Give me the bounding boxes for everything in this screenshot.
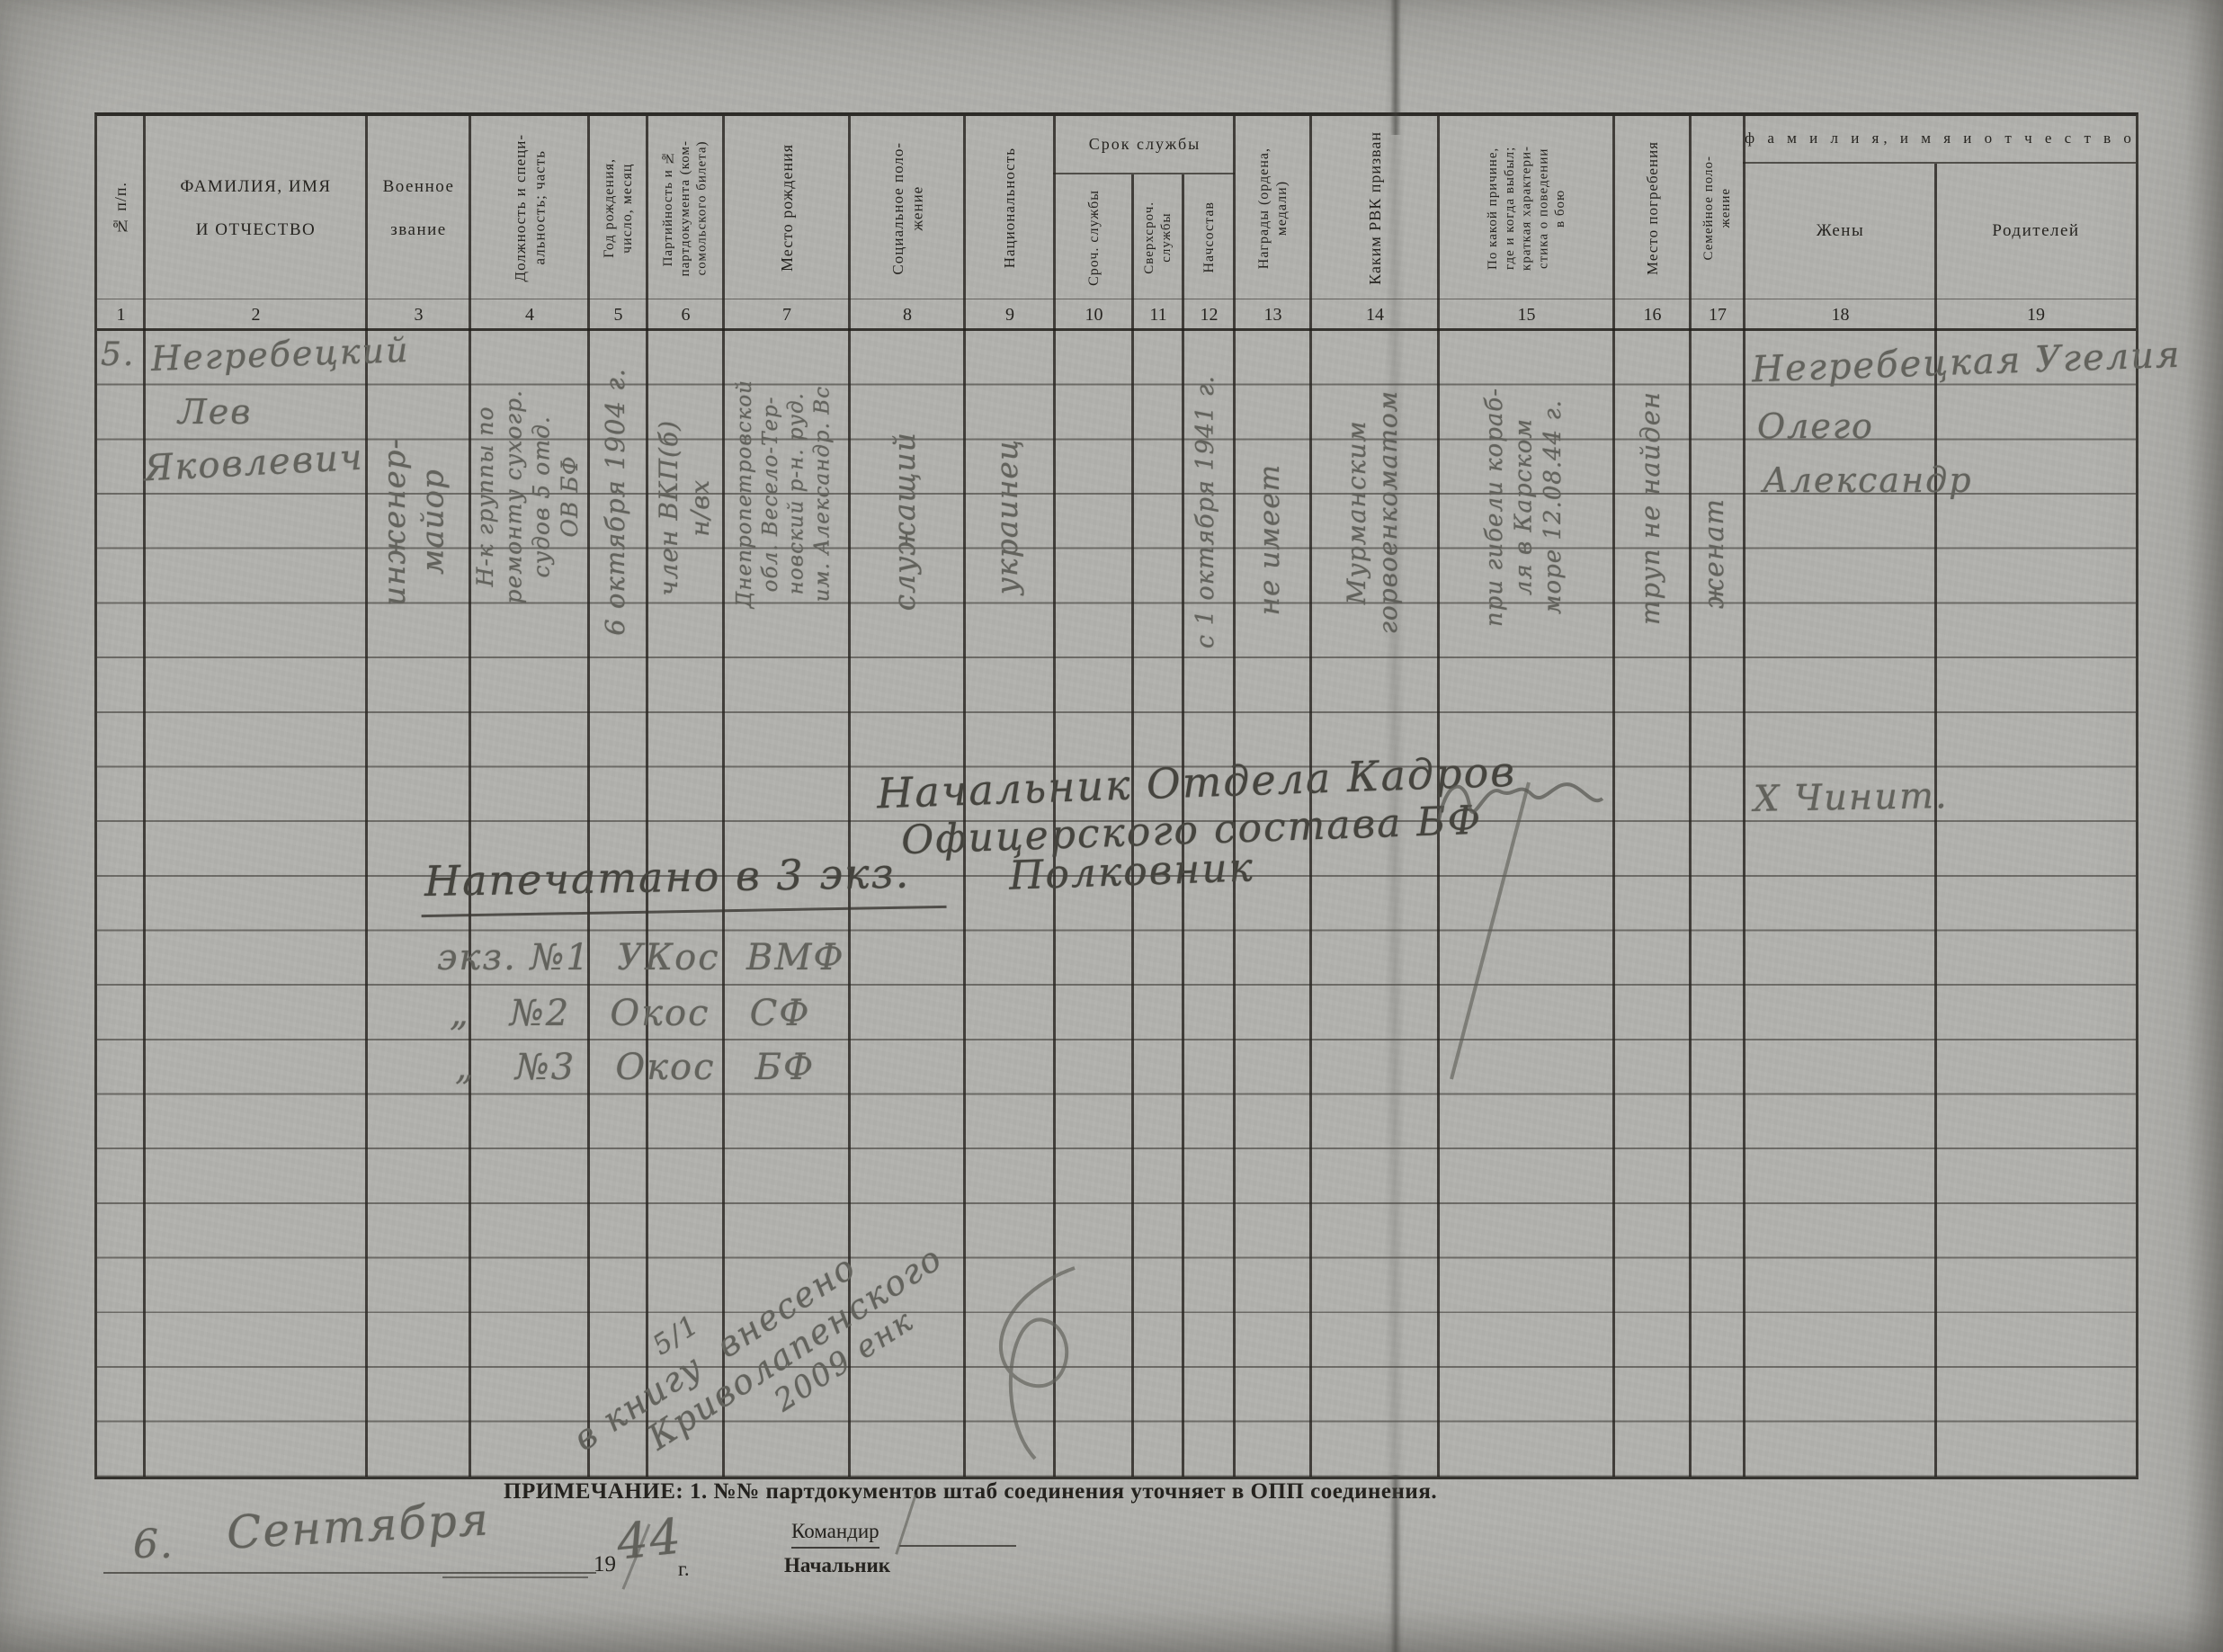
col-number-5: 5 xyxy=(589,300,647,330)
col-header-4: Должность и специ- альность; часть xyxy=(470,116,589,300)
col-number-10: 10 xyxy=(1055,300,1133,330)
scanned-register-page: № п/п. ФАМИЛИЯ, ИМЯ И ОТЧЕСТВО Военное з… xyxy=(0,0,2223,1652)
col-header-1: № п/п. xyxy=(97,116,145,300)
annotation-copies-title: Напечатано в 3 экз. xyxy=(420,848,946,917)
entry-nationality: украинец xyxy=(967,355,1048,679)
annotation-copy-3: „ №3 Окос БФ xyxy=(455,1047,815,1088)
entry-birthplace: Днепропетровской обл. Весело-Тер- новски… xyxy=(722,317,844,672)
col-number-19: 19 xyxy=(1936,300,2136,330)
footer-year-suffix: г. xyxy=(678,1558,690,1581)
entry-row-number: 5. xyxy=(101,336,135,373)
footer-chief-label: Начальник xyxy=(784,1554,890,1577)
entry-social-status: служащий xyxy=(853,355,956,688)
col-number-16: 16 xyxy=(1614,300,1691,330)
footer-note: ПРИМЕЧАНИЕ: 1. №№ партдокументов штаб со… xyxy=(504,1479,1437,1505)
col-header-17: Семейное поло- жение xyxy=(1691,116,1745,300)
group-header-fio: ф а м и л и я, и м я и о т ч е с т в о xyxy=(1745,116,2136,162)
col-number-2: 2 xyxy=(145,300,367,330)
col-header-11: Сверхсроч. службы xyxy=(1133,174,1183,300)
pencil-flourish-icon xyxy=(949,1259,1093,1466)
entry-awards: не имеет xyxy=(1234,387,1306,692)
signature-flourish-stroke-icon xyxy=(1439,775,1538,1085)
col-header-13: Награды (ордена, медали) xyxy=(1235,116,1311,300)
entry-relative-2: Олего xyxy=(1757,406,1874,446)
col-header-18: Жены xyxy=(1745,164,1936,299)
col-header-8: Социальное поло- жение xyxy=(850,116,965,300)
col-header-3: Военное звание xyxy=(367,116,470,300)
entry-rank: инженер- майор xyxy=(369,373,459,670)
col-header-10: Сроч. службы xyxy=(1055,174,1133,300)
scan-edge-bottom xyxy=(0,1610,2223,1652)
col-number-3: 3 xyxy=(367,300,470,330)
col-number-13: 13 xyxy=(1235,300,1311,330)
footer-date-month: Сентября xyxy=(226,1493,492,1558)
col-header-14: Каким РВК призван xyxy=(1311,116,1439,300)
footer-year-printed: 19 xyxy=(594,1552,616,1577)
col-header-5: Год рождения, число, месяц xyxy=(589,116,647,300)
annotation-copy-2: „ №2 Окос СФ xyxy=(450,993,810,1034)
col-number-1: 1 xyxy=(97,300,145,330)
col-header-15: По какой причине, где и когда выбыл; кра… xyxy=(1439,116,1614,300)
col-header-19: Родителей xyxy=(1936,164,2136,299)
footer-date-day: 6. xyxy=(133,1522,174,1567)
entry-casualty-cause: при гибели кораб- ля в Карском море 12.0… xyxy=(1439,326,1610,690)
group-header-service: Срок службы xyxy=(1055,116,1235,173)
col-number-6: 6 xyxy=(647,300,724,330)
col-header-2: ФАМИЛИЯ, ИМЯ И ОТЧЕСТВО xyxy=(145,116,367,300)
col-header-9: Национальность xyxy=(965,116,1055,300)
col-number-11: 11 xyxy=(1133,300,1183,330)
annotation-chief-rank: Полковник xyxy=(1008,844,1254,898)
col-number-12: 12 xyxy=(1183,300,1235,330)
col-header-16: Место погребения xyxy=(1614,116,1691,300)
annotation-copy-1: экз. №1 УКос ВМФ xyxy=(437,937,845,978)
entry-service-since: с 1 октября 1941 г. xyxy=(1180,335,1232,690)
entry-position: Н-к группы по ремонту сухогр. судов 5 от… xyxy=(469,333,585,661)
col-header-7: Место рождения xyxy=(724,116,850,300)
col-number-4: 4 xyxy=(470,300,589,330)
entry-party: член ВКП(б) н/вх xyxy=(649,351,719,665)
entry-burial-place: труп не найден xyxy=(1614,328,1686,688)
footer-year-handwritten: 44 xyxy=(614,1507,685,1570)
col-number-18: 18 xyxy=(1745,300,1936,330)
col-header-6: Партийность и № партдокумента (ком- сомо… xyxy=(647,116,724,300)
entry-rvk: Мурманским горвоенкоматом xyxy=(1311,319,1433,706)
entry-birth-date: 6 октября 1904 г. xyxy=(587,340,643,664)
entry-family-status: женат xyxy=(1691,421,1739,686)
col-number-17: 17 xyxy=(1691,300,1745,330)
col-number-8: 8 xyxy=(850,300,965,330)
col-header-12: Начсостав xyxy=(1183,174,1235,300)
scan-edge-right xyxy=(2185,0,2223,1652)
col-number-9: 9 xyxy=(965,300,1055,330)
entry-first-name: Лев xyxy=(178,392,252,432)
annotation-verify-signature: Х Чинит. xyxy=(1754,775,1949,820)
footer-commander-label: Командир xyxy=(791,1520,879,1549)
entry-relative-3: Александр xyxy=(1763,460,1973,500)
